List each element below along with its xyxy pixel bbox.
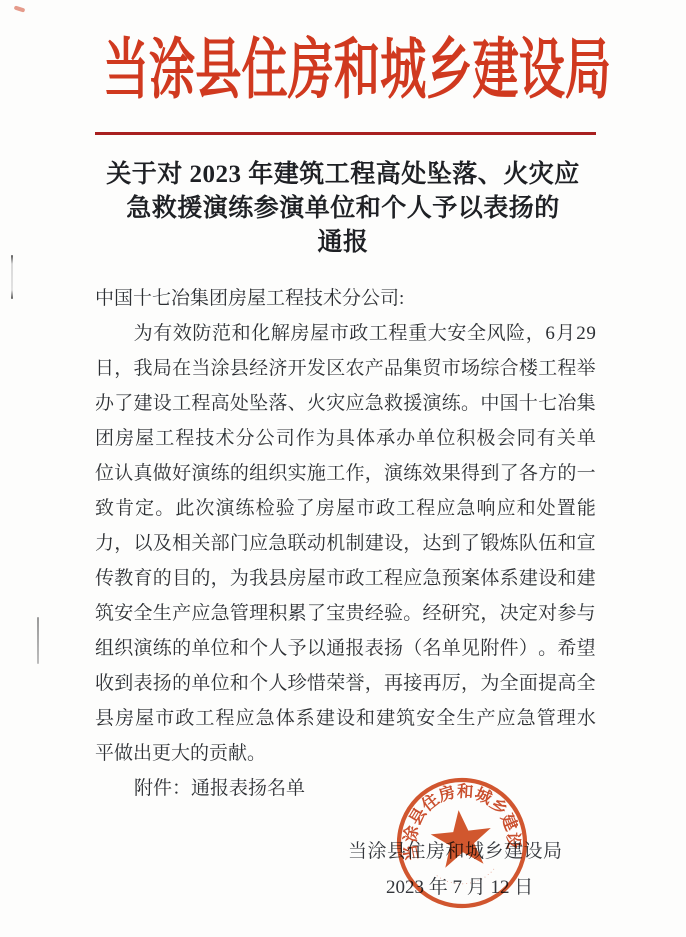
seal-star-icon (429, 807, 495, 869)
letterhead-rule (95, 132, 596, 135)
document-page: 当涂县住房和城乡建设局 关于对 2023 年建筑工程高处坠落、火灾应急救援演练参… (0, 0, 686, 937)
scan-artifact-red-mark (14, 5, 26, 12)
body-text-line: 为有效防范和化解房屋市政工程重大安全风险，6 月 29 (95, 316, 596, 351)
body-text-line: 力，以及相关部门应急联动机制建设，达到了锻炼队伍和宣 (95, 526, 596, 561)
letterhead-org-name: 当涂县住房和城乡建设局 (103, 34, 583, 108)
official-seal: 当涂县住房和城乡建设局 ······················· (380, 761, 545, 926)
body-text-line: 办了建设工程高处坠落、火灾应急救援演练。中国十七冶集 (95, 386, 596, 421)
body-text-line: 县房屋市政工程应急体系建设和建筑安全生产应急管理水 (95, 701, 596, 736)
body-text-line: 传教育的目的，为我县房屋市政工程应急预案体系建设和建 (95, 561, 596, 596)
scan-artifact-line-1 (11, 255, 13, 299)
document-title-line: 关于对 2023 年建筑工程高处坠落、火灾应 (60, 158, 626, 192)
body-text: 中国十七冶集团房屋工程技术分公司:为有效防范和化解房屋市政工程重大安全风险，6 … (95, 281, 596, 806)
body-text-line: 收到表扬的单位和个人珍惜荣誉，再接再厉，为全面提高全 (95, 666, 596, 701)
document-title-line: 急救援演练参演单位和个人予以表扬的 (60, 192, 626, 226)
document-title: 关于对 2023 年建筑工程高处坠落、火灾应急救援演练参演单位和个人予以表扬的通… (60, 158, 626, 260)
body-text-line: 日，我局在当涂县经济开发区农产品集贸市场综合楼工程举 (95, 351, 596, 386)
document-title-line: 通报 (60, 226, 626, 260)
body-text-line: 致肯定。此次演练检验了房屋市政工程应急响应和处置能 (95, 491, 596, 526)
body-text-line: 中国十七冶集团房屋工程技术分公司: (95, 281, 596, 316)
scan-artifact-line-2 (37, 617, 39, 664)
body-text-line: 团房屋工程技术分公司作为具体承办单位积极会同有关单 (95, 421, 596, 456)
body-text-line: 筑安全生产应急管理积累了宝贵经验。经研究，决定对参与 (95, 596, 596, 631)
body-text-line: 位认真做好演练的组织实施工作，演练效果得到了各方的一 (95, 456, 596, 491)
body-text-line: 组织演练的单位和个人予以通报表扬（名单见附件）。希望 (95, 631, 596, 666)
